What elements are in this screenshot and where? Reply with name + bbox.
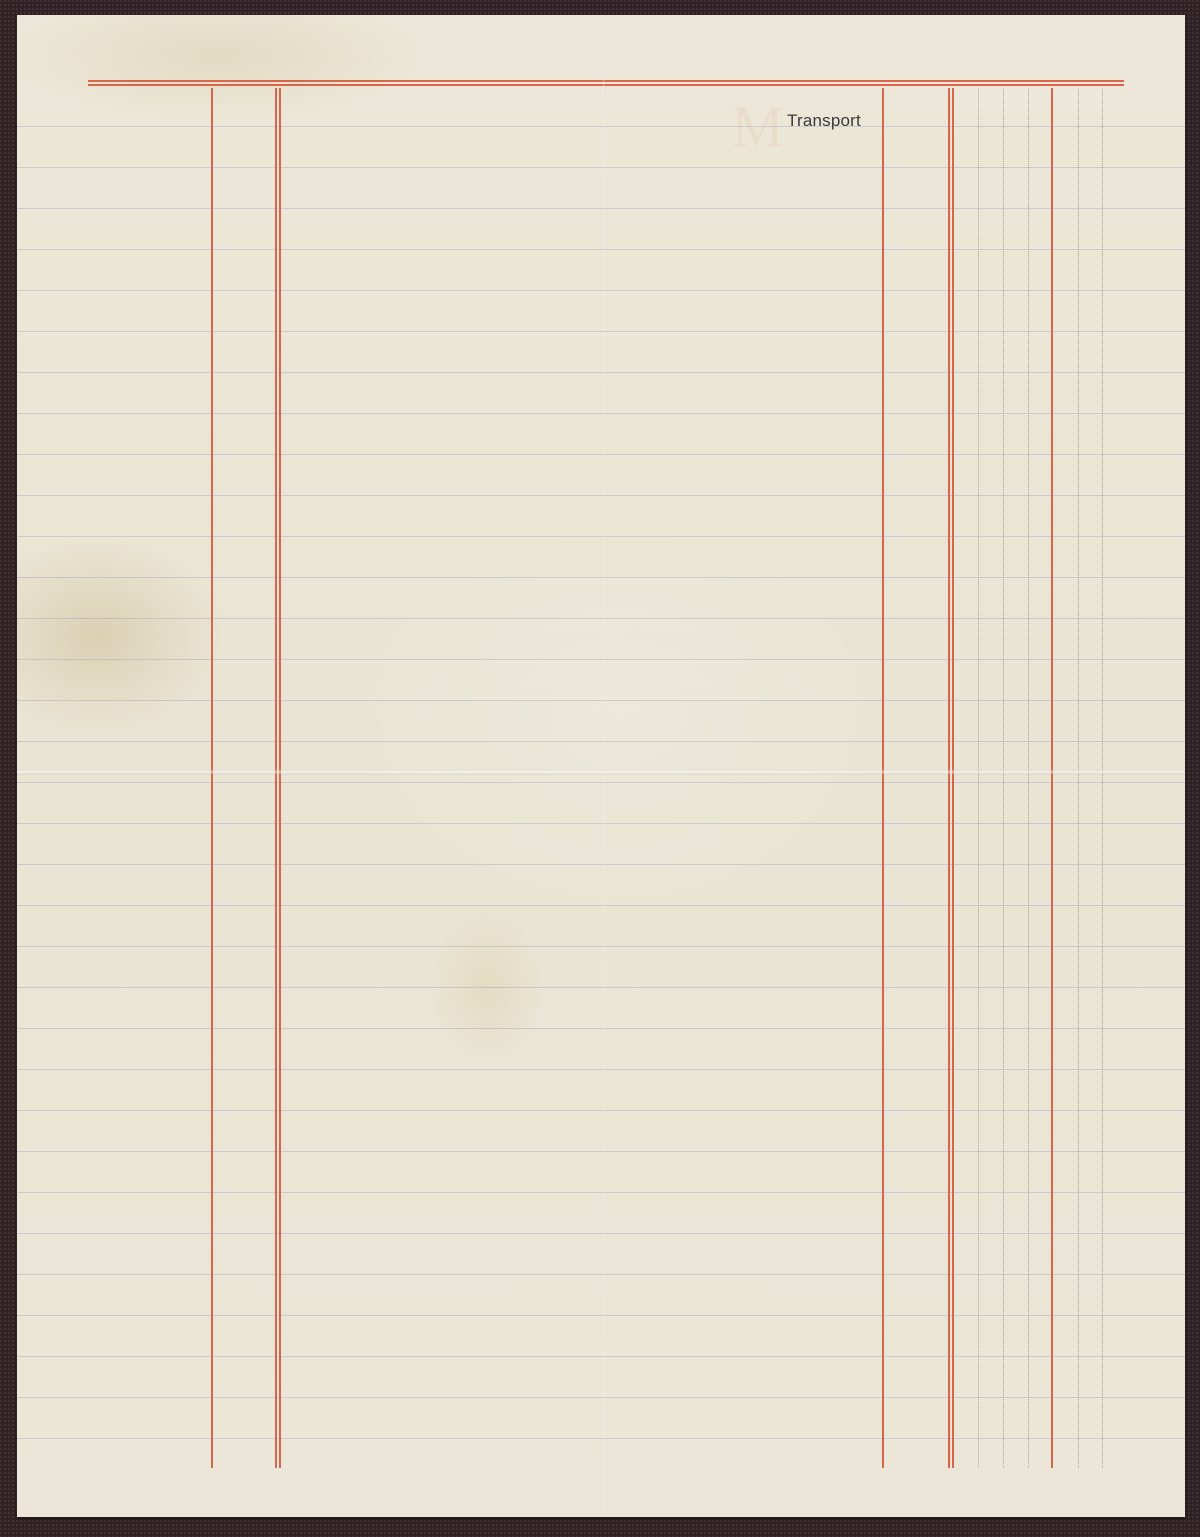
ruled-line	[17, 987, 1185, 988]
ruled-line	[17, 864, 1185, 865]
ruled-line	[17, 1315, 1185, 1316]
total-column-rule-right	[952, 88, 954, 1468]
ruled-line	[17, 1438, 1185, 1439]
header-double-rule-bottom	[88, 84, 1124, 86]
header-double-rule-top	[88, 80, 1124, 82]
ruled-line	[17, 126, 1185, 127]
ruled-line	[17, 290, 1185, 291]
ruled-line	[17, 1397, 1185, 1398]
digit-guide-1	[978, 89, 979, 1468]
amount-column-rule	[882, 88, 884, 1468]
ruled-line	[17, 454, 1185, 455]
digit-guide-5	[1102, 89, 1103, 1468]
digit-guide-2	[1003, 89, 1004, 1468]
ruled-line	[17, 536, 1185, 537]
ruled-line	[17, 618, 1185, 619]
ruled-line	[17, 413, 1185, 414]
ruled-line	[17, 905, 1185, 906]
ruled-line	[17, 1151, 1185, 1152]
ruled-line	[17, 741, 1185, 742]
date-column-rule	[211, 88, 213, 1468]
description-column-rule-right	[279, 88, 281, 1468]
description-column-rule-left	[275, 88, 277, 1468]
ruled-line	[17, 1233, 1185, 1234]
ruled-line	[17, 782, 1185, 783]
ruled-line	[17, 659, 1185, 660]
ruled-line	[17, 1274, 1185, 1275]
vertical-fold	[602, 15, 605, 1517]
digit-guide-4	[1078, 89, 1079, 1468]
ruled-line	[17, 495, 1185, 496]
ledger-paper: M Transport	[17, 15, 1185, 1517]
ruled-line	[17, 1028, 1185, 1029]
ruled-line	[17, 700, 1185, 701]
cents-column-rule	[1051, 88, 1053, 1468]
transport-label: Transport	[787, 111, 861, 131]
digit-guide-3	[1028, 89, 1029, 1468]
ruled-line	[17, 823, 1185, 824]
ruled-line	[17, 1356, 1185, 1357]
ruled-line	[17, 1110, 1185, 1111]
ruled-line	[17, 1069, 1185, 1070]
ruled-line	[17, 577, 1185, 578]
ruled-line	[17, 249, 1185, 250]
ruled-line	[17, 331, 1185, 332]
ruled-line	[17, 167, 1185, 168]
ruled-line	[17, 372, 1185, 373]
horizontal-fold	[17, 769, 1185, 775]
ruled-line	[17, 1192, 1185, 1193]
ruled-line	[17, 208, 1185, 209]
ruled-line	[17, 946, 1185, 947]
total-column-rule-left	[948, 88, 950, 1468]
